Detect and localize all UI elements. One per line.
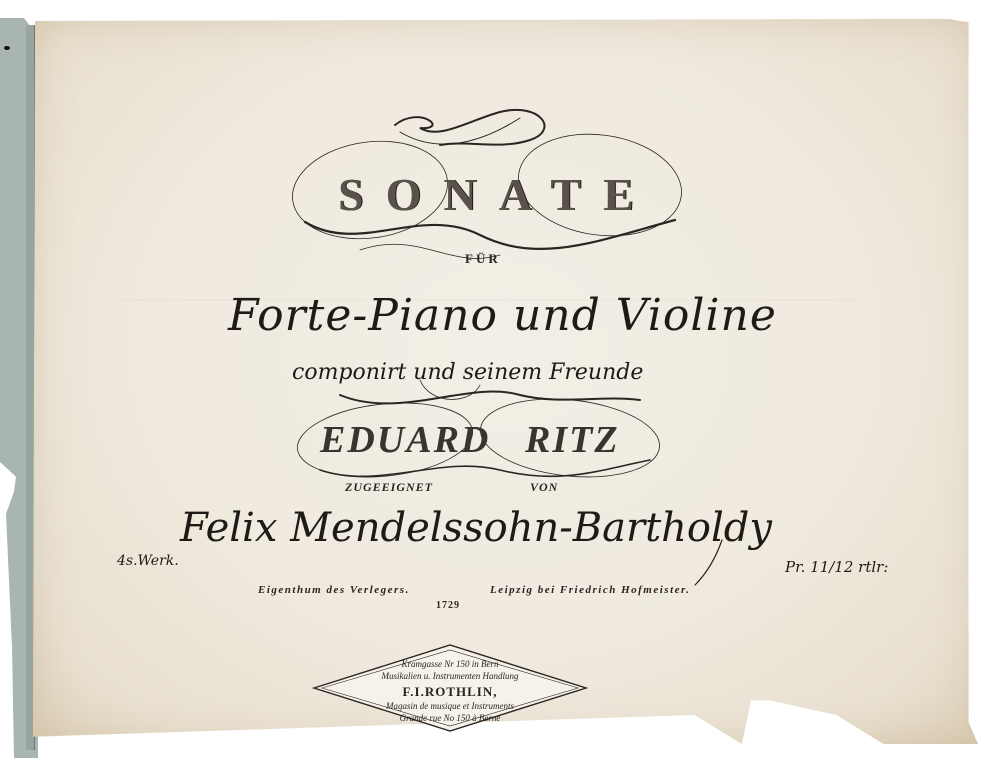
dealer-address-fr: Grande rue No 150 à Berne	[310, 713, 590, 723]
dealer-trade-de: Musikalien u. Instrumenten Handlung	[310, 671, 590, 681]
dedicatee-last-name: RITZ	[525, 418, 620, 462]
composed-dedication-line: componirt und seinem Freunde	[292, 360, 643, 385]
publisher-imprint: Leipzig bei Friedrich Hofmeister.	[490, 584, 690, 596]
instruments-line: Forte-Piano und Violine	[228, 290, 777, 341]
dealer-name: F.I.ROTHLIN,	[310, 684, 590, 700]
price: Pr. 11/12 rtlr:	[785, 558, 888, 576]
opus-number: 4s.Werk.	[117, 553, 179, 569]
ownership-note: Eigenthum des Verlegers.	[258, 584, 410, 596]
cover-spot	[4, 46, 10, 50]
composer-name: Felix Mendelssohn-Bartholdy	[180, 505, 772, 551]
dealer-trade-fr: Magasin de musique et Instruments	[310, 701, 590, 711]
dedicated-word: ZUGEEIGNET	[345, 480, 433, 495]
by-word: VON	[530, 480, 558, 495]
dedicatee-first-name: EDUARD	[320, 418, 490, 462]
dealer-label: Kramgasse Nr 150 in Bern Musikalien u. I…	[310, 643, 590, 733]
dealer-address-de: Kramgasse Nr 150 in Bern	[310, 659, 590, 669]
plate-number: 1729	[436, 600, 460, 611]
title-sonate: SONATE	[338, 168, 656, 221]
for-word: FÜR	[465, 251, 501, 267]
